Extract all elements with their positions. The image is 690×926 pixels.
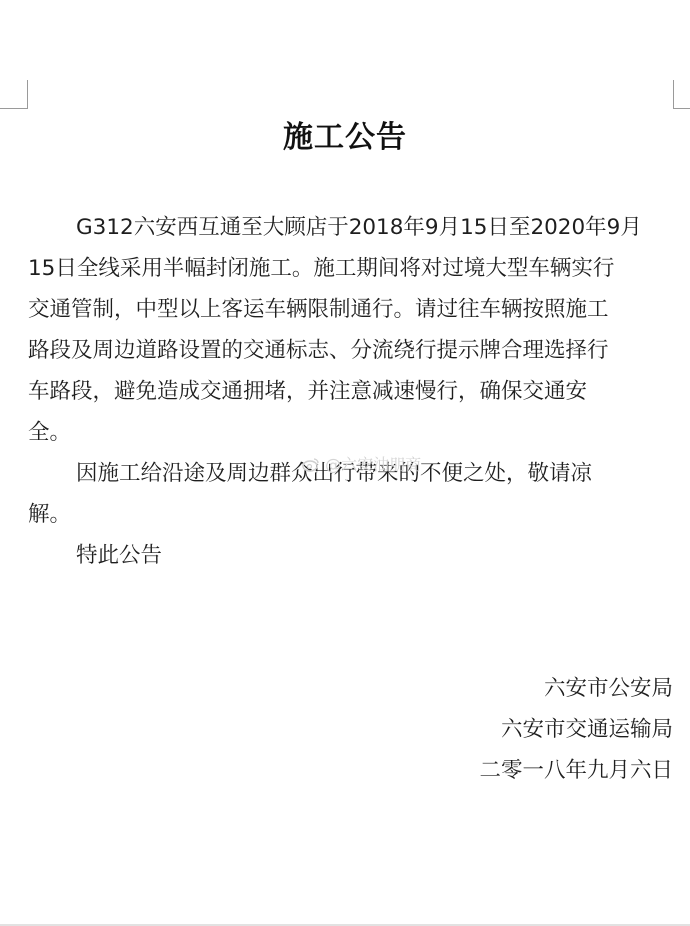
page-corner-mark-right — [673, 80, 690, 109]
paragraph-1: G312六安西互通至大顾店于2018年9月15日至2020年9月 15日全线采用… — [28, 207, 668, 453]
watermark: @六安油朋商 — [302, 452, 421, 475]
signature-police-bureau: 六安市公安局 — [479, 668, 673, 709]
closing-text: 特此公告 — [28, 535, 668, 576]
text-line: 车路段，避免造成交通拥堵，并注意减速慢行，确保交通安 — [28, 371, 668, 412]
document-body: G312六安西互通至大顾店于2018年9月15日至2020年9月 15日全线采用… — [28, 207, 668, 576]
text-line: 交通管制，中型以上客运车辆限制通行。请过往车辆按照施工 — [28, 289, 668, 330]
text-line: 路段及周边道路设置的交通标志、分流绕行提示牌合理选择行 — [28, 330, 668, 371]
document-title: 施工公告 — [0, 112, 690, 156]
watermark-text: @六安油朋商 — [325, 455, 421, 474]
page-corner-mark-left — [0, 80, 28, 109]
text-line: 全。 — [28, 412, 668, 453]
signature-date: 二零一八年九月六日 — [479, 750, 673, 791]
weibo-icon — [302, 455, 325, 474]
text-line: 15日全线采用半幅封闭施工。施工期间将对过境大型车辆实行 — [28, 248, 668, 289]
signature-block: 六安市公安局 六安市交通运输局 二零一八年九月六日 — [479, 668, 673, 791]
signature-transport-bureau: 六安市交通运输局 — [479, 709, 673, 750]
text-line: G312六安西互通至大顾店于2018年9月15日至2020年9月 — [28, 207, 668, 248]
text-line: 解。 — [28, 494, 668, 535]
